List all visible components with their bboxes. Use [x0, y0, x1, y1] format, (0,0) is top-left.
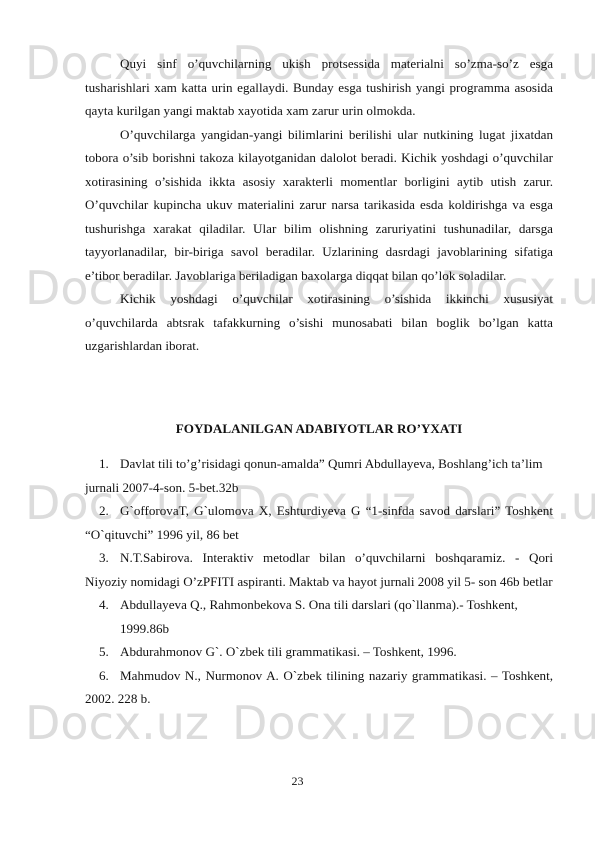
reference-text: Mahmudov N., Nurmonov A. O`zbek tilining…	[85, 668, 553, 707]
body-paragraph: Kichik yoshdagi o’quvchilar xotirasining…	[85, 287, 553, 358]
body-paragraph: Quyi sinf o’quvchilarning ukish protsess…	[85, 52, 553, 123]
reference-item: 6.Mahmudov N., Nurmonov A. O`zbek tilini…	[85, 664, 553, 711]
spacer	[85, 358, 553, 405]
reference-text: G`offorovaT, G`ulomova X, Eshturdiyeva G…	[85, 503, 553, 542]
page-number: 23	[0, 774, 595, 789]
reference-item: 2.G`offorovaT, G`ulomova X, Eshturdiyeva…	[85, 499, 553, 546]
reference-number: 2.	[99, 499, 120, 523]
reference-number: 5.	[99, 640, 120, 664]
document-page: Docx.uz Docx.uz Docx.uz Docx.uz Docx.uz …	[0, 0, 595, 842]
reference-number: 4.	[99, 593, 120, 617]
reference-item: 5.Abdurahmonov G`. O`zbek tili grammatik…	[85, 640, 553, 664]
reference-item: 3.N.T.Sabirova. Interaktiv metodlar bila…	[85, 546, 553, 593]
reference-text: N.T.Sabirova. Interaktiv metodlar bilan …	[85, 550, 553, 589]
references-list: 1.Davlat tili to’g’risidagi qonun-amalda…	[85, 452, 553, 711]
reference-item: 1.Davlat tili to’g’risidagi qonun-amalda…	[85, 452, 553, 499]
reference-text: Abdurahmonov G`. O`zbek tili grammatikas…	[120, 644, 457, 659]
reference-item: 4.Abdullayeva Q., Rahmonbekova S. Ona ti…	[85, 593, 553, 640]
document-body: Quyi sinf o’quvchilarning ukish protsess…	[85, 52, 553, 711]
references-heading: FOYDALANILGAN ADABIYOTLAR RO’YXATI	[85, 405, 553, 441]
reference-text: Abdullayeva Q., Rahmonbekova S. Ona tili…	[120, 597, 518, 636]
body-paragraph: O’quvchilarga yangidan-yangi bilimlarini…	[85, 123, 553, 288]
reference-number: 3.	[99, 546, 120, 570]
reference-text: Davlat tili to’g’risidagi qonun-amalda” …	[85, 456, 543, 495]
reference-number: 1.	[99, 452, 120, 476]
reference-number: 6.	[99, 664, 120, 688]
